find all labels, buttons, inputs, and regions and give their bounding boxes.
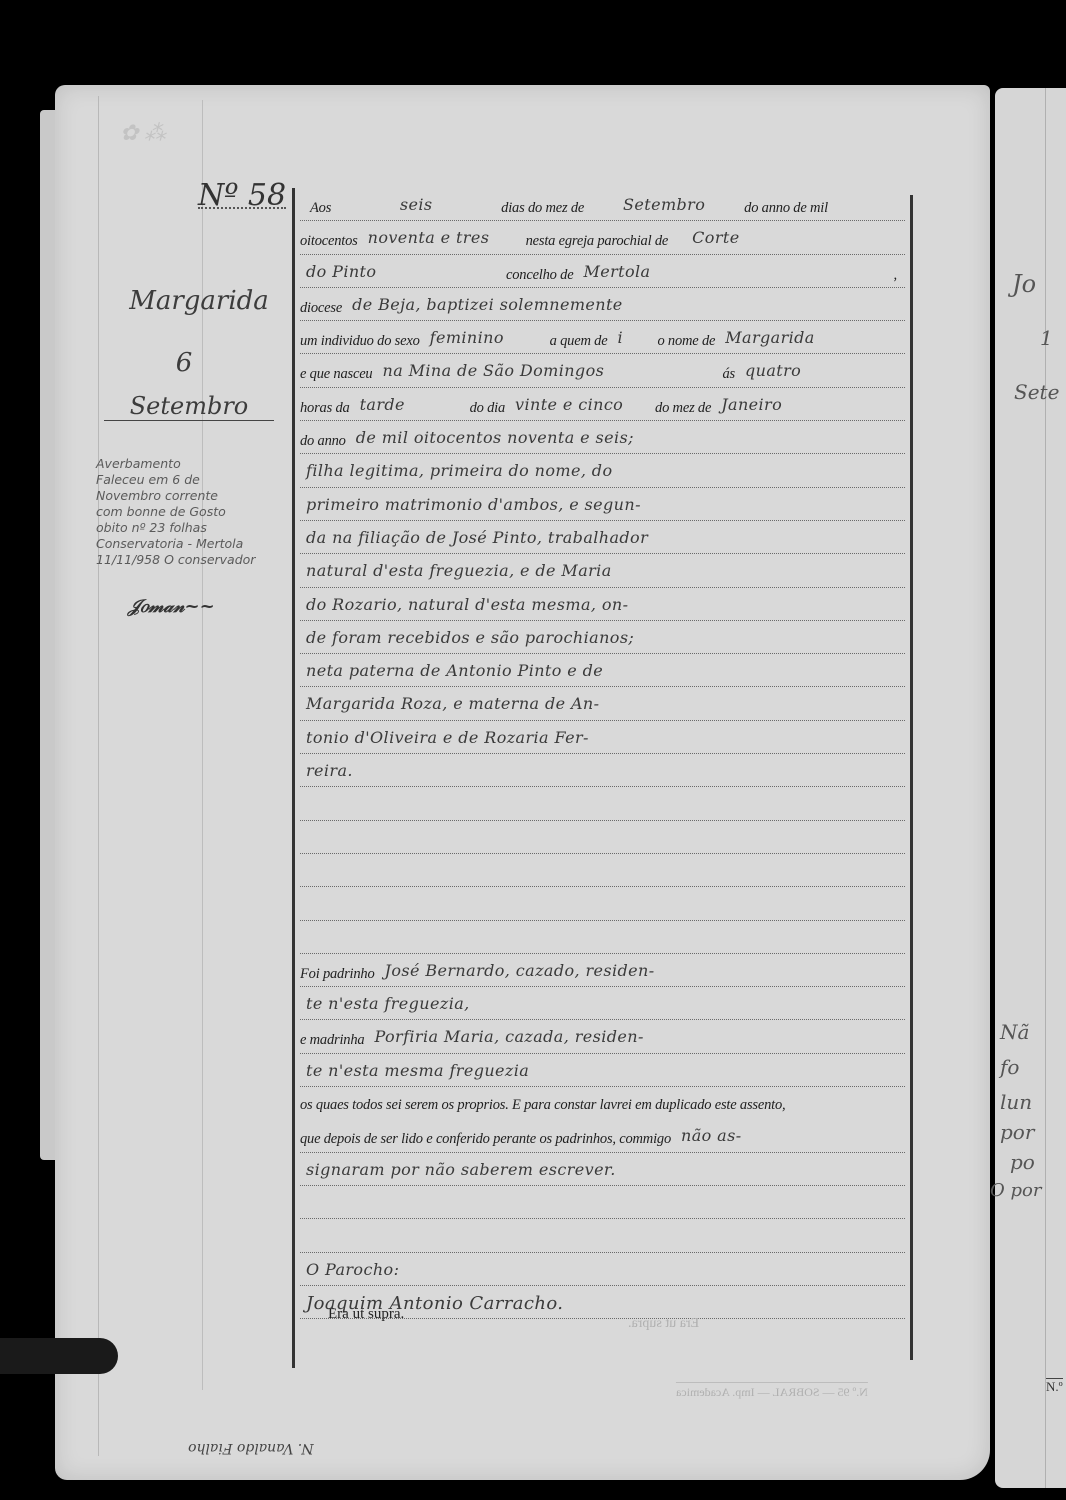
godmother-line: te n'esta mesma freguezia (300, 1054, 905, 1087)
facing-page (995, 88, 1066, 1488)
record-line: do Rozario, natural d'esta mesma, on- (300, 588, 905, 621)
facing-page-fragment: O por (990, 1180, 1041, 1201)
blank-line (300, 821, 905, 854)
blank-line (300, 787, 905, 820)
record-right-rule (910, 195, 913, 1360)
record-line: horas da tarde do dia vinte e cinco do m… (300, 388, 905, 421)
bottom-edge-note: N. Vanaldo Fialho (188, 1440, 314, 1456)
printer-imprint-bleedthrough: N.º 95 — SOBRAL — Imp. Academica (676, 1382, 868, 1400)
record-line: oitocentos noventa e tres nesta egreja p… (300, 221, 905, 254)
closing-line: signaram por não saberem escrever. (300, 1153, 905, 1186)
record-line: reira. (300, 754, 905, 787)
blank-line (300, 921, 905, 954)
record-line: filha legitima, primeira do nome, do (300, 454, 905, 487)
record-line: tonio d'Oliveira e de Rozaria Fer- (300, 721, 905, 754)
godmother-line: e madrinha Porfiria Maria, cazada, resid… (300, 1020, 905, 1053)
facing-page-number: N.º (1046, 1378, 1063, 1395)
margin-child-name: Margarida (104, 286, 294, 316)
facing-page-fragment: Jo (1012, 270, 1036, 298)
margin-month: Setembro (104, 392, 274, 421)
closing-line: os quaes todos sei serem os proprios. E … (300, 1087, 905, 1119)
facing-page-fragment: po (1010, 1150, 1035, 1174)
godfather-line: te n'esta freguezia, (300, 987, 905, 1020)
record-line: do Pinto concelho de Mertola , (300, 255, 905, 288)
facing-page-fragment: 1 (1040, 326, 1053, 350)
record-line: do anno de mil oitocentos noventa e seis… (300, 421, 905, 454)
annotation-signature: 𝒥𝑜𝓂𝒶𝓃~~ (128, 596, 215, 617)
record-line: e que nasceu na Mina de São Domingos ás … (300, 354, 905, 387)
record-line: da na filiação de José Pinto, trabalhado… (300, 521, 905, 554)
record-line: diocese de Beja, baptizei solemnemente (300, 288, 905, 321)
record-line: Margarida Roza, e materna de An- (300, 687, 905, 720)
closing-line: que depois de ser lido e conferido peran… (300, 1119, 905, 1152)
signature-title-line: O Parocho: (300, 1253, 905, 1286)
margin-day: 6 (104, 348, 264, 378)
record-line: neta paterna de Antonio Pinto e de (300, 654, 905, 687)
era-ut-supra-bleedthrough: Era ut supra. (628, 1316, 699, 1332)
record-body: Aos seis dias do mez de Setembro do anno… (300, 188, 905, 1319)
entry-number: Nº 58 (198, 178, 286, 213)
godfather-line: Foi padrinho José Bernardo, cazado, resi… (300, 954, 905, 987)
blank-line (300, 1219, 905, 1252)
blank-line (300, 1186, 905, 1219)
record-line: de foram recebidos e são parochianos; (300, 621, 905, 654)
binding-clip (0, 1338, 118, 1374)
death-annotation: Averbamento Faleceu em 6 de Novembro cor… (96, 456, 296, 568)
blank-line (300, 854, 905, 887)
record-line: um individuo do sexo feminino a quem de … (300, 321, 905, 354)
era-ut-supra: Era ut supra. (328, 1306, 404, 1323)
facing-page-fragment: lun (1000, 1090, 1032, 1114)
page-fold-line (98, 96, 99, 1456)
record-line: natural d'esta freguezia, e de Maria (300, 554, 905, 587)
faint-stamp: ✿ ⁂ (120, 120, 166, 146)
facing-page-fragment: por (1000, 1120, 1034, 1144)
facing-page-fragment: Sete (1014, 380, 1059, 404)
facing-page-rule (1045, 88, 1046, 1488)
facing-page-fragment: fo (1000, 1055, 1019, 1079)
facing-page-fragment: Nã (1000, 1020, 1029, 1044)
record-left-rule (292, 188, 295, 1368)
record-line: primeiro matrimonio d'ambos, e segun- (300, 488, 905, 521)
blank-line (300, 887, 905, 920)
record-line: Aos seis dias do mez de Setembro do anno… (300, 188, 905, 221)
